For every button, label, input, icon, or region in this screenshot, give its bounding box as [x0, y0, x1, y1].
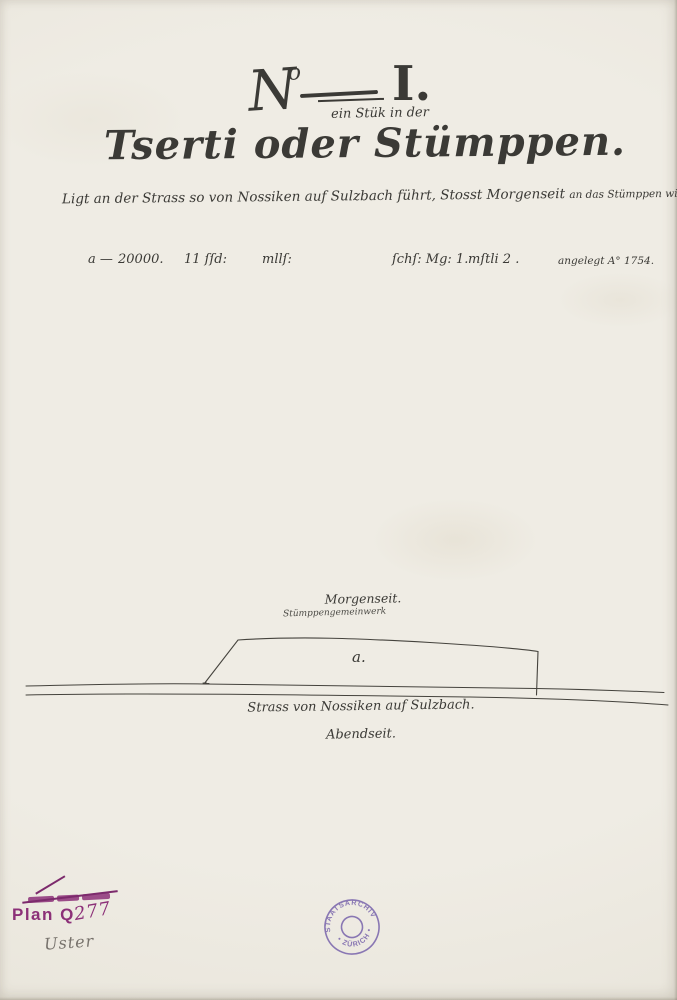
- parcel-map-drawing: [0, 625, 677, 735]
- description-line: Ligt an der Strass so von Nossiken auf S…: [62, 185, 677, 208]
- number-flourish-dash: [300, 90, 378, 98]
- measure-estimate2: mſtli 2 .: [468, 252, 519, 267]
- measure-unit2: mllſ:: [262, 252, 292, 267]
- measure-area: 20000.: [118, 252, 164, 267]
- document-number: I.: [392, 56, 431, 112]
- document-title: Tserti oder Stümppen.: [0, 117, 677, 170]
- stamp-text-bottom: • ZÜRICH •: [334, 925, 377, 954]
- map-east-sublabel: Stümppengemeinwerk: [283, 607, 386, 620]
- location-pencil-note: Uster: [43, 931, 94, 953]
- measure-date-note: angelegt A° 1754.: [558, 255, 654, 267]
- description-main: Ligt an der Strass so von Nossiken auf S…: [62, 186, 569, 207]
- measure-unit1: 11 ſſd:: [184, 252, 227, 267]
- description-tail: an das Stümppen wiesli: [569, 188, 677, 201]
- measure-parcel-letter: a —: [88, 252, 113, 267]
- road-lower-line: [26, 694, 668, 705]
- archive-round-stamp: STAATSARCHIV • ZÜRICH •: [312, 887, 393, 968]
- cancel-strike-flick: [35, 875, 65, 894]
- plan-signature-stamp: Plan Q: [12, 905, 75, 925]
- road-upper-line: [26, 684, 664, 693]
- number-sup-o: o: [287, 60, 300, 86]
- scanned-plan-document: No I. ein Stük in der Tserti oder Stümpp…: [0, 0, 677, 1000]
- number-flourish-dash-2: [318, 98, 384, 102]
- measure-estimate1: ſchſ: Mg: 1.: [392, 252, 468, 267]
- svg-text:• ZÜRICH •: • ZÜRICH •: [334, 925, 377, 954]
